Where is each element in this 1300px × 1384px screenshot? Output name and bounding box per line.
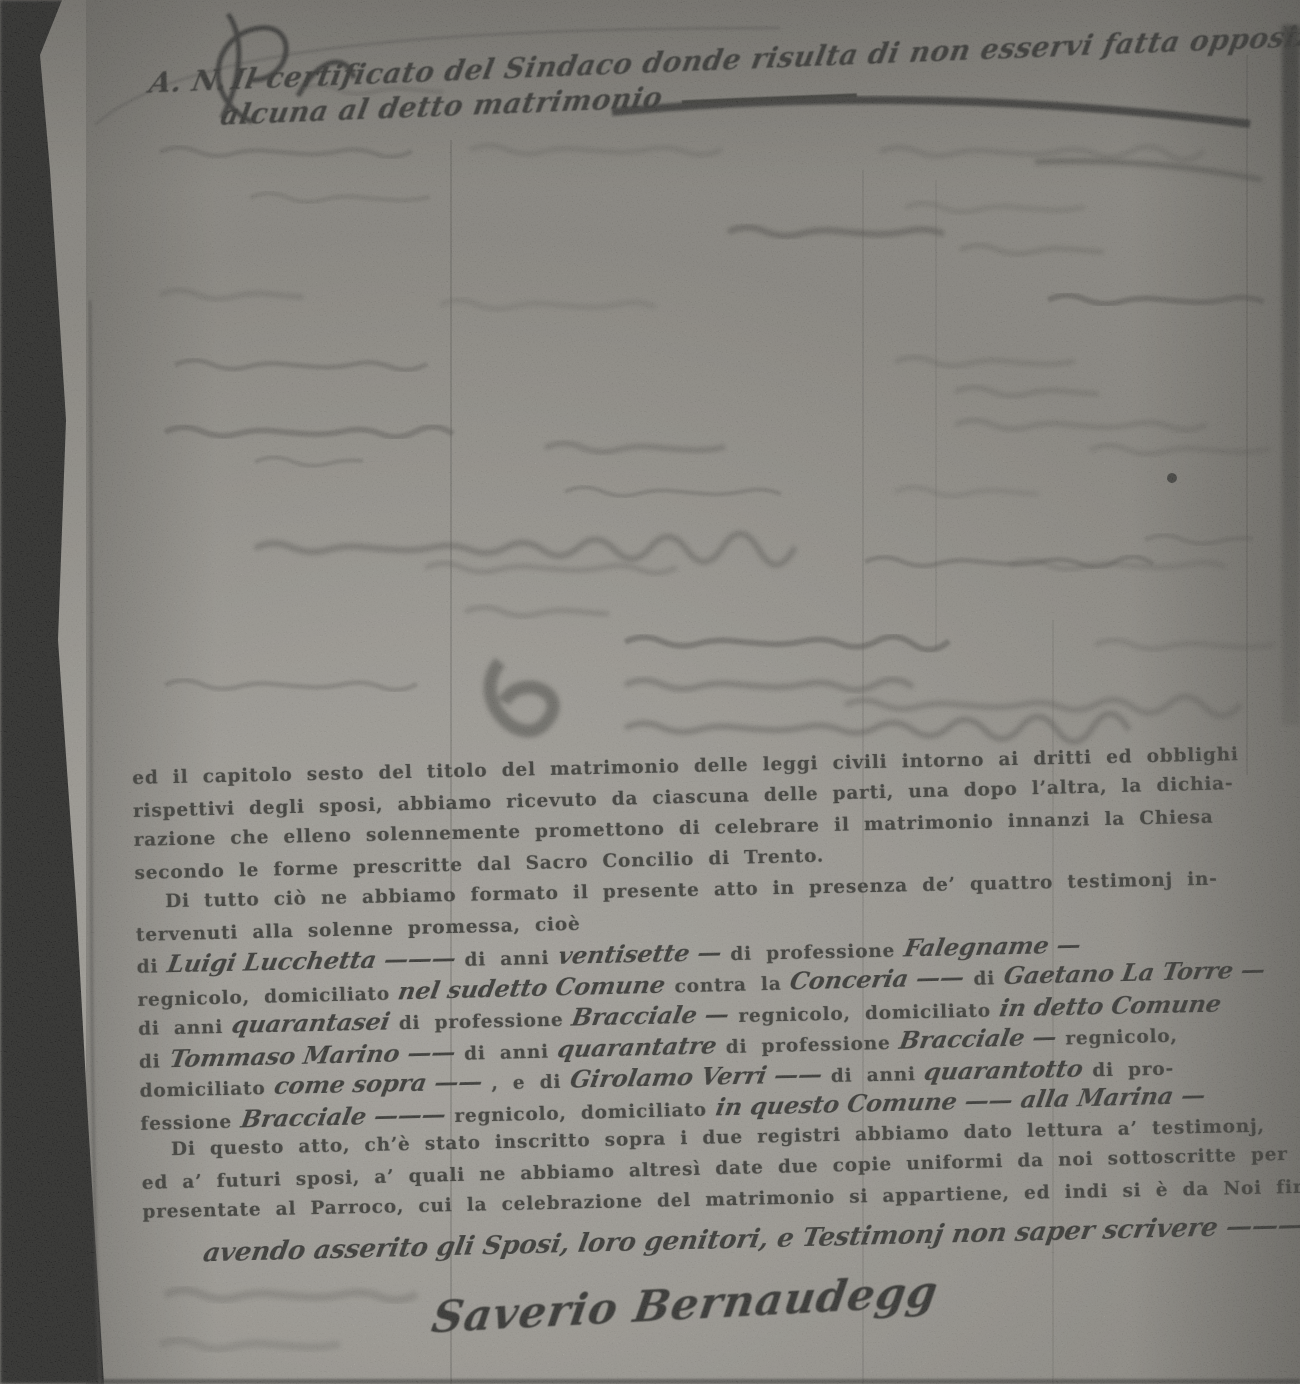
faded-illegible-text: [465, 607, 609, 616]
printed-text: di: [136, 956, 158, 977]
printed-text: di anni: [464, 1042, 549, 1065]
handwritten-entry: Bracciale —: [570, 998, 732, 1032]
printed-text: di anni: [464, 948, 549, 971]
printed-text: contra la: [674, 974, 781, 998]
printed-text: di professione: [730, 941, 895, 966]
printed-text: di anni: [138, 1017, 223, 1040]
act-text-block: ed il capitolo sesto del titolo del matr…: [132, 738, 1249, 1279]
handwritten-entry: quarantatre: [555, 1029, 719, 1064]
faded-illegible-text: [728, 227, 944, 236]
faded-illegible-text: [250, 193, 430, 202]
annotation-prefix: A. N.: [147, 63, 231, 99]
handwritten-entry: Luigi Lucchetta ———: [165, 942, 459, 979]
handwritten-entry: ventisette —: [556, 936, 724, 971]
printed-text: di pro-: [1092, 1059, 1174, 1082]
printed-text: regnicolo,: [1065, 1026, 1178, 1050]
printed-text: domiciliato: [139, 1078, 265, 1102]
faded-illegible-text: [895, 487, 1039, 496]
handwritten-entry: come sopra ——: [272, 1065, 485, 1101]
handwritten-entry: Conceria ——: [788, 961, 967, 997]
faded-illegible-text: [625, 637, 949, 650]
faded-illegible-text: [905, 203, 1085, 212]
faded-illegible-text: [255, 534, 795, 565]
scanned-marriage-record-page: A. N. Il certificato del Sindaco donde r…: [0, 0, 1300, 1384]
printed-text: di: [973, 968, 995, 990]
printed-text: di: [139, 1051, 161, 1073]
printed-text: di professione: [726, 1033, 891, 1058]
faded-illegible-text: [625, 680, 913, 690]
printed-text: , e di: [491, 1072, 561, 1094]
ink-smudge-blob: [490, 662, 553, 731]
printed-text: di anni: [831, 1064, 916, 1087]
faded-illegible-text: [565, 487, 781, 496]
printed-text: di professione: [399, 1010, 564, 1035]
faded-illegible-text: [895, 357, 1075, 366]
faded-illegible-text: [545, 443, 725, 452]
fold-crease: [935, 180, 937, 650]
officiant-signature: Saverio Bernaudegg: [428, 1267, 942, 1344]
handwritten-entry: Bracciale —: [897, 1021, 1059, 1056]
faded-illegible-text: [425, 563, 677, 573]
fold-crease: [1246, 55, 1248, 775]
handwritten-entry: alla Marina —: [1019, 1079, 1209, 1115]
faded-illegible-text: [865, 557, 1153, 567]
faded-illegible-text: [955, 387, 1099, 396]
page-bottom-edge: [90, 1379, 1300, 1384]
handwritten-entry: Gaetano La Torre —: [1001, 953, 1267, 991]
printed-text: fessione: [140, 1112, 232, 1135]
handwritten-entry: quarantasei: [229, 1005, 392, 1040]
faded-illegible-text: [960, 245, 1104, 254]
binding-dark-band: [1282, 25, 1300, 725]
faded-illegible-text: [440, 300, 656, 309]
faded-illegible-text: [255, 457, 363, 466]
ink-dash: [682, 93, 857, 104]
